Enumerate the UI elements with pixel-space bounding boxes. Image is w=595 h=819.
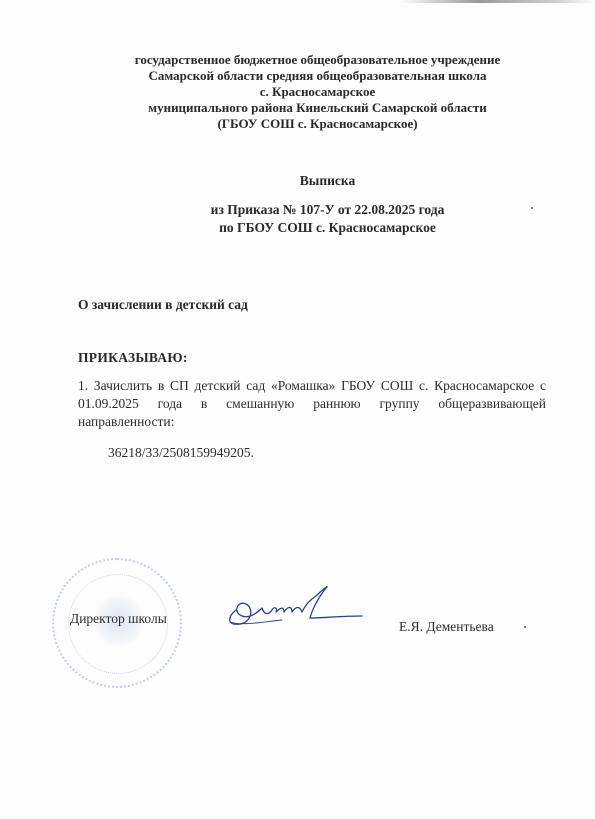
signatory-position: Директор школы <box>70 611 167 627</box>
order-paragraph: 1. Зачислить в СП детский сад «Ромашка» … <box>78 377 546 431</box>
order-subject: О зачислении в детский сад <box>78 297 248 313</box>
document-title-text: Выписка <box>300 173 355 188</box>
speck <box>531 207 533 209</box>
paragraph-line: 01.09.2025 года в смешанную раннюю групп… <box>78 395 546 413</box>
order-reference-line: из Приказа № 107-У от 22.08.2025 года <box>60 201 595 219</box>
paragraph-line: направленности: <box>78 413 546 431</box>
header-line: с. Красносамарское <box>40 84 595 100</box>
signatory-name: Е.Я. Дементьева <box>399 619 494 635</box>
organization-header: государственное бюджетное общеобразовате… <box>0 52 595 132</box>
order-reference: из Приказа № 107-У от 22.08.2025 года по… <box>0 201 595 237</box>
header-line: муниципального района Кинельский Самарск… <box>40 100 595 116</box>
header-line: государственное бюджетное общеобразовате… <box>40 52 595 68</box>
order-heading: ПРИКАЗЫВАЮ: <box>78 350 188 366</box>
header-line: (ГБОУ СОШ с. Красносамарское) <box>40 116 595 132</box>
application-code: 36218/33/2508159949205. <box>108 445 254 461</box>
header-line: Самарской области средняя общеобразовате… <box>40 68 595 84</box>
document-title: Выписка <box>0 173 595 189</box>
speck <box>524 626 526 628</box>
scan-edge <box>400 0 595 3</box>
order-reference-line: по ГБОУ СОШ с. Красносамарское <box>60 219 595 237</box>
paragraph-line: 1. Зачислить в СП детский сад «Ромашка» … <box>78 377 546 395</box>
signature-icon <box>222 582 372 632</box>
